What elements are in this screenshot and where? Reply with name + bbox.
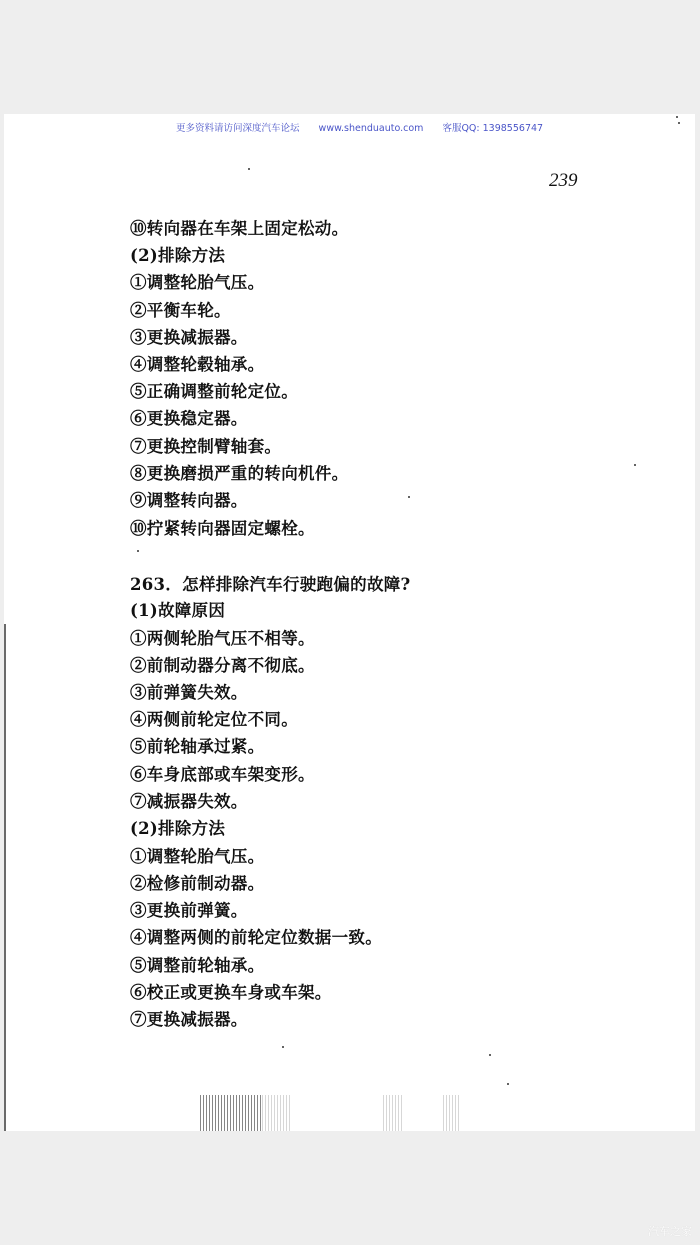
watermark-header: 更多资料请访问深度汽车论坛 www.shenduauto.com 客服QQ: 1… [176, 120, 559, 134]
subheading-line: (2)排除方法 [130, 246, 225, 266]
subheading-line: (2)排除方法 [130, 819, 225, 839]
watermark-service: 客服QQ: 1398556747 [442, 123, 543, 134]
text-line: ⑨调整转向器。 [130, 491, 248, 511]
page-number: 239 [549, 170, 578, 192]
scan-speck [634, 464, 636, 466]
text-line: ②平衡车轮。 [130, 301, 231, 321]
text-line: ⑥校正或更换车身或车架。 [130, 983, 332, 1003]
scan-speck [282, 1046, 284, 1048]
text-line: ①调整轮胎气压。 [130, 847, 264, 867]
scan-noise [443, 1095, 461, 1131]
page-edge-shadow [4, 624, 6, 1131]
text-line: ②前制动器分离不彻底。 [130, 656, 315, 676]
text-line: ⑦更换控制臂轴套。 [130, 437, 281, 457]
scan-speck [489, 1054, 491, 1056]
text-line: ⑦减振器失效。 [130, 792, 248, 812]
scan-noise [200, 1095, 262, 1131]
scanned-page [4, 114, 695, 1131]
text-line: ⑩转向器在车架上固定松动。 [130, 219, 348, 239]
scan-speck [678, 122, 680, 124]
text-line: ④调整轮毂轴承。 [130, 355, 264, 375]
scan-speck [507, 1083, 509, 1085]
text-line: ⑤调整前轮轴承。 [130, 956, 264, 976]
question-heading: 263．怎样排除汽车行驶跑偏的故障? [130, 575, 411, 595]
scan-noise [262, 1095, 292, 1131]
text-line: ①调整轮胎气压。 [130, 273, 264, 293]
text-line: ①两侧轮胎气压不相等。 [130, 629, 315, 649]
watermark-site-text: 更多资料请访问深度汽车论坛 [176, 123, 300, 134]
text-line: ⑧更换磨损严重的转向机件。 [130, 464, 348, 484]
text-line: ⑥车身底部或车架变形。 [130, 765, 315, 785]
text-line: ⑦更换减振器。 [130, 1010, 248, 1030]
text-line: ⑩拧紧转向器固定螺栓。 [130, 519, 315, 539]
scan-speck [676, 116, 678, 118]
text-line: ②检修前制动器。 [130, 874, 264, 894]
text-line: ④调整两侧的前轮定位数据一致。 [130, 928, 382, 948]
scan-speck [408, 496, 410, 498]
watermark-url: www.shenduauto.com [319, 123, 424, 134]
subheading-line: (1)故障原因 [130, 601, 225, 621]
text-line: ③前弹簧失效。 [130, 683, 248, 703]
text-line: ③更换减振器。 [130, 328, 248, 348]
text-line: ④两侧前轮定位不同。 [130, 710, 298, 730]
scan-noise [383, 1095, 403, 1131]
scan-speck [137, 550, 139, 552]
text-line: ⑤正确调整前轮定位。 [130, 382, 298, 402]
scan-speck [248, 168, 250, 170]
text-line: ⑥更换稳定器。 [130, 409, 248, 429]
text-line: ⑤前轮轴承过紧。 [130, 737, 264, 757]
text-line: ③更换前弹簧。 [130, 901, 248, 921]
corner-logo: 汽车之家 [648, 1223, 692, 1239]
